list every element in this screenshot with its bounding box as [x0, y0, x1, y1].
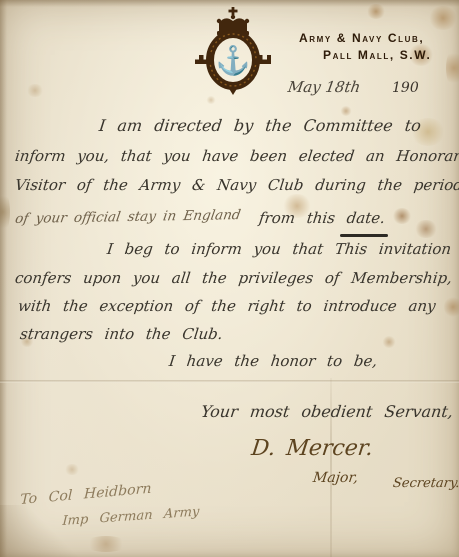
fox-stain [26, 84, 44, 97]
valediction: Your most obedient Servant, [200, 402, 454, 421]
date-handwritten: May 18th [287, 78, 362, 96]
letterhead-line2: Pall Mall, S.W. [323, 48, 431, 62]
anchor-icon: ⚓ [216, 44, 251, 77]
letter-page: ⚓ Army & Navy Club, Pall Mall, S.W. May … [0, 0, 459, 557]
signature: D. Mercer. [250, 436, 374, 461]
fox-stain [382, 336, 396, 348]
body-line: I am directed by the Committee to [98, 116, 422, 135]
addressee-line1: To Col Heidborn [20, 481, 152, 508]
fox-stain [340, 106, 352, 116]
signature-rank: Major, [312, 470, 359, 486]
body-line: with the exception of the right to intro… [17, 297, 437, 315]
fox-stain [414, 220, 438, 238]
addressee-line2: Imp German Army [62, 505, 200, 529]
paper-edge-left [0, 0, 7, 557]
ink-flourish [340, 234, 388, 237]
body-line: Visitor of the Army & Navy Club during t… [14, 176, 459, 194]
fox-stain [0, 190, 10, 234]
fox-stain [446, 48, 459, 88]
army-navy-club-crest-icon: ⚓ [183, 6, 283, 96]
fox-stain [428, 6, 458, 30]
body-line: strangers into the Club. [19, 325, 224, 343]
fox-stain [84, 536, 128, 552]
body-line: I have the honor to be, [168, 352, 378, 370]
date-printed-year: 190 [392, 80, 419, 96]
fox-stain [366, 4, 386, 19]
fox-stain [206, 96, 216, 104]
fox-stain [64, 464, 80, 475]
fox-stain [444, 296, 459, 318]
body-line: I beg to inform you that This invitation [106, 240, 452, 258]
body-line: inform you, that you have been elected a… [14, 147, 459, 165]
body-line: confers upon you all the privileges of M… [14, 269, 453, 287]
letterhead-line1: Army & Navy Club, [299, 31, 424, 45]
horizontal-fold-line [0, 380, 459, 383]
signature-title: Secretary. [392, 476, 459, 491]
fox-stain [392, 208, 412, 224]
body-line: from this date. [258, 209, 386, 227]
body-line-inserted-phrase: of your official stay in England [14, 207, 242, 227]
